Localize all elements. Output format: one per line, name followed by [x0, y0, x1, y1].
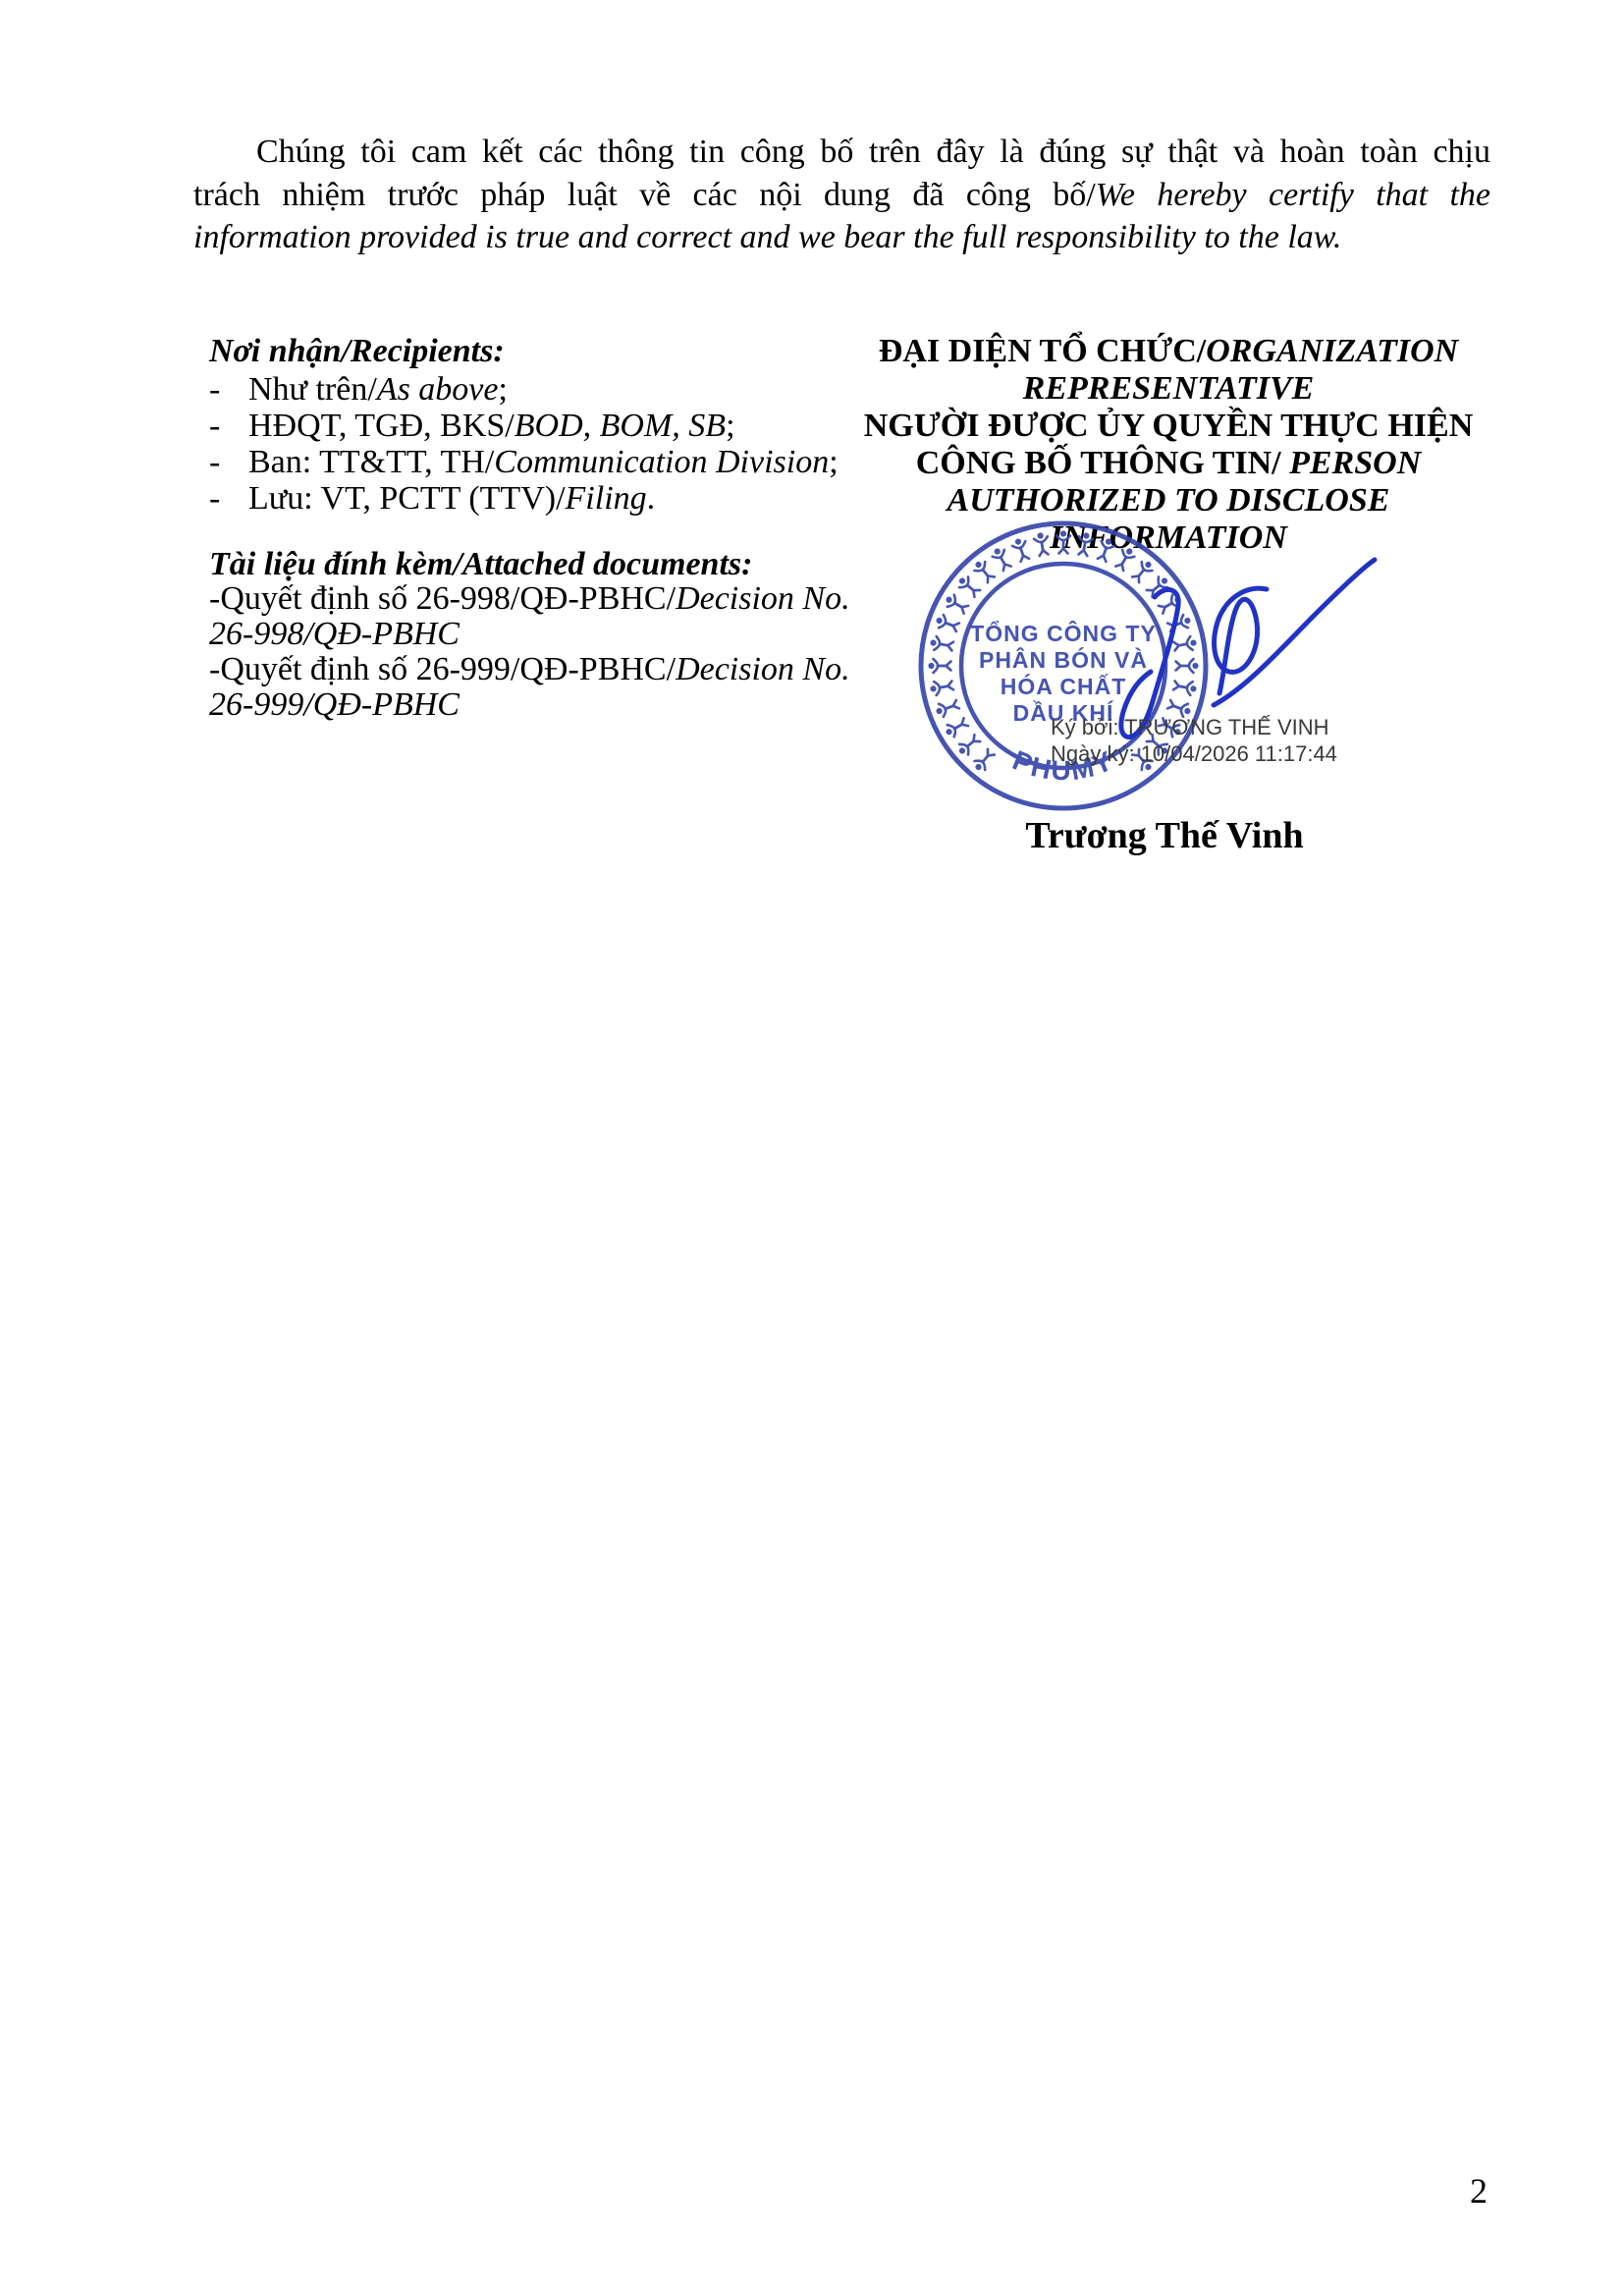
signature-stroke — [1215, 588, 1267, 693]
recipient-item: - HĐQT, TGĐ, BKS/BOD, BOM, SB; — [209, 408, 839, 444]
attachment-line: -Quyết định số 26-999/QĐ-PBHC/Decision N… — [209, 652, 850, 687]
signer-name: Trương Thế Vinh — [998, 814, 1331, 857]
recipient-text: HĐQT, TGĐ, BKS/BOD, BOM, SB; — [248, 408, 735, 444]
recipient-item: - Như trên/As above; — [209, 371, 839, 408]
attachment-line: 26-998/QĐ-PBHC — [209, 617, 850, 652]
document-page: Chúng tôi cam kết các thông tin công bố … — [0, 0, 1624, 2296]
paragraph-line: information provided is true and correct… — [193, 216, 1490, 259]
digital-signature-signer: Ký bởi: TRƯƠNG THẾ VINH — [1051, 714, 1337, 740]
recipients-list: - Như trên/As above; - HĐQT, TGĐ, BKS/BO… — [209, 371, 839, 517]
recipient-text: Như trên/As above; — [248, 371, 508, 408]
recipients-heading: Nơi nhận/Recipients: — [209, 333, 505, 369]
paragraph-line: Chúng tôi cam kết các thông tin công bố … — [193, 131, 1490, 174]
representative-line: NGƯỜI ĐƯỢC ỦY QUYỀN THỰC HIỆN — [844, 408, 1492, 445]
attachments-heading: Tài liệu đính kèm/Attached documents: — [209, 546, 752, 582]
bullet-dash: - — [209, 408, 248, 444]
attachments-list: -Quyết định số 26-998/QĐ-PBHC/Decision N… — [209, 581, 850, 723]
recipient-item: - Lưu: VT, PCTT (TTV)/Filing. — [209, 480, 839, 517]
bullet-dash: - — [209, 480, 248, 517]
paragraph-line: trách nhiệm trước pháp luật về các nội d… — [193, 174, 1490, 217]
representative-line: CÔNG BỐ THÔNG TIN/ PERSON — [844, 445, 1492, 482]
commitment-paragraph: Chúng tôi cam kết các thông tin công bố … — [193, 131, 1490, 259]
signature-stroke — [1214, 560, 1375, 705]
recipient-text: Ban: TT&TT, TH/Communication Division; — [248, 444, 839, 480]
representative-line: ĐẠI DIỆN TỔ CHỨC/ORGANIZATION — [844, 333, 1492, 370]
representative-line: REPRESENTATIVE — [844, 370, 1492, 408]
bullet-dash: - — [209, 371, 248, 408]
digital-signature-text: Ký bởi: TRƯƠNG THẾ VINH Ngày ký: 10/04/2… — [1051, 714, 1337, 767]
recipient-text: Lưu: VT, PCTT (TTV)/Filing. — [248, 480, 655, 517]
attachment-line: 26-999/QĐ-PBHC — [209, 687, 850, 723]
page-number: 2 — [1449, 2170, 1508, 2212]
digital-signature-date: Ngày ký: 10/04/2026 11:17:44 — [1051, 740, 1337, 767]
attachment-line: -Quyết định số 26-998/QĐ-PBHC/Decision N… — [209, 581, 850, 617]
recipient-item: - Ban: TT&TT, TH/Communication Division; — [209, 444, 839, 480]
bullet-dash: - — [209, 444, 248, 480]
